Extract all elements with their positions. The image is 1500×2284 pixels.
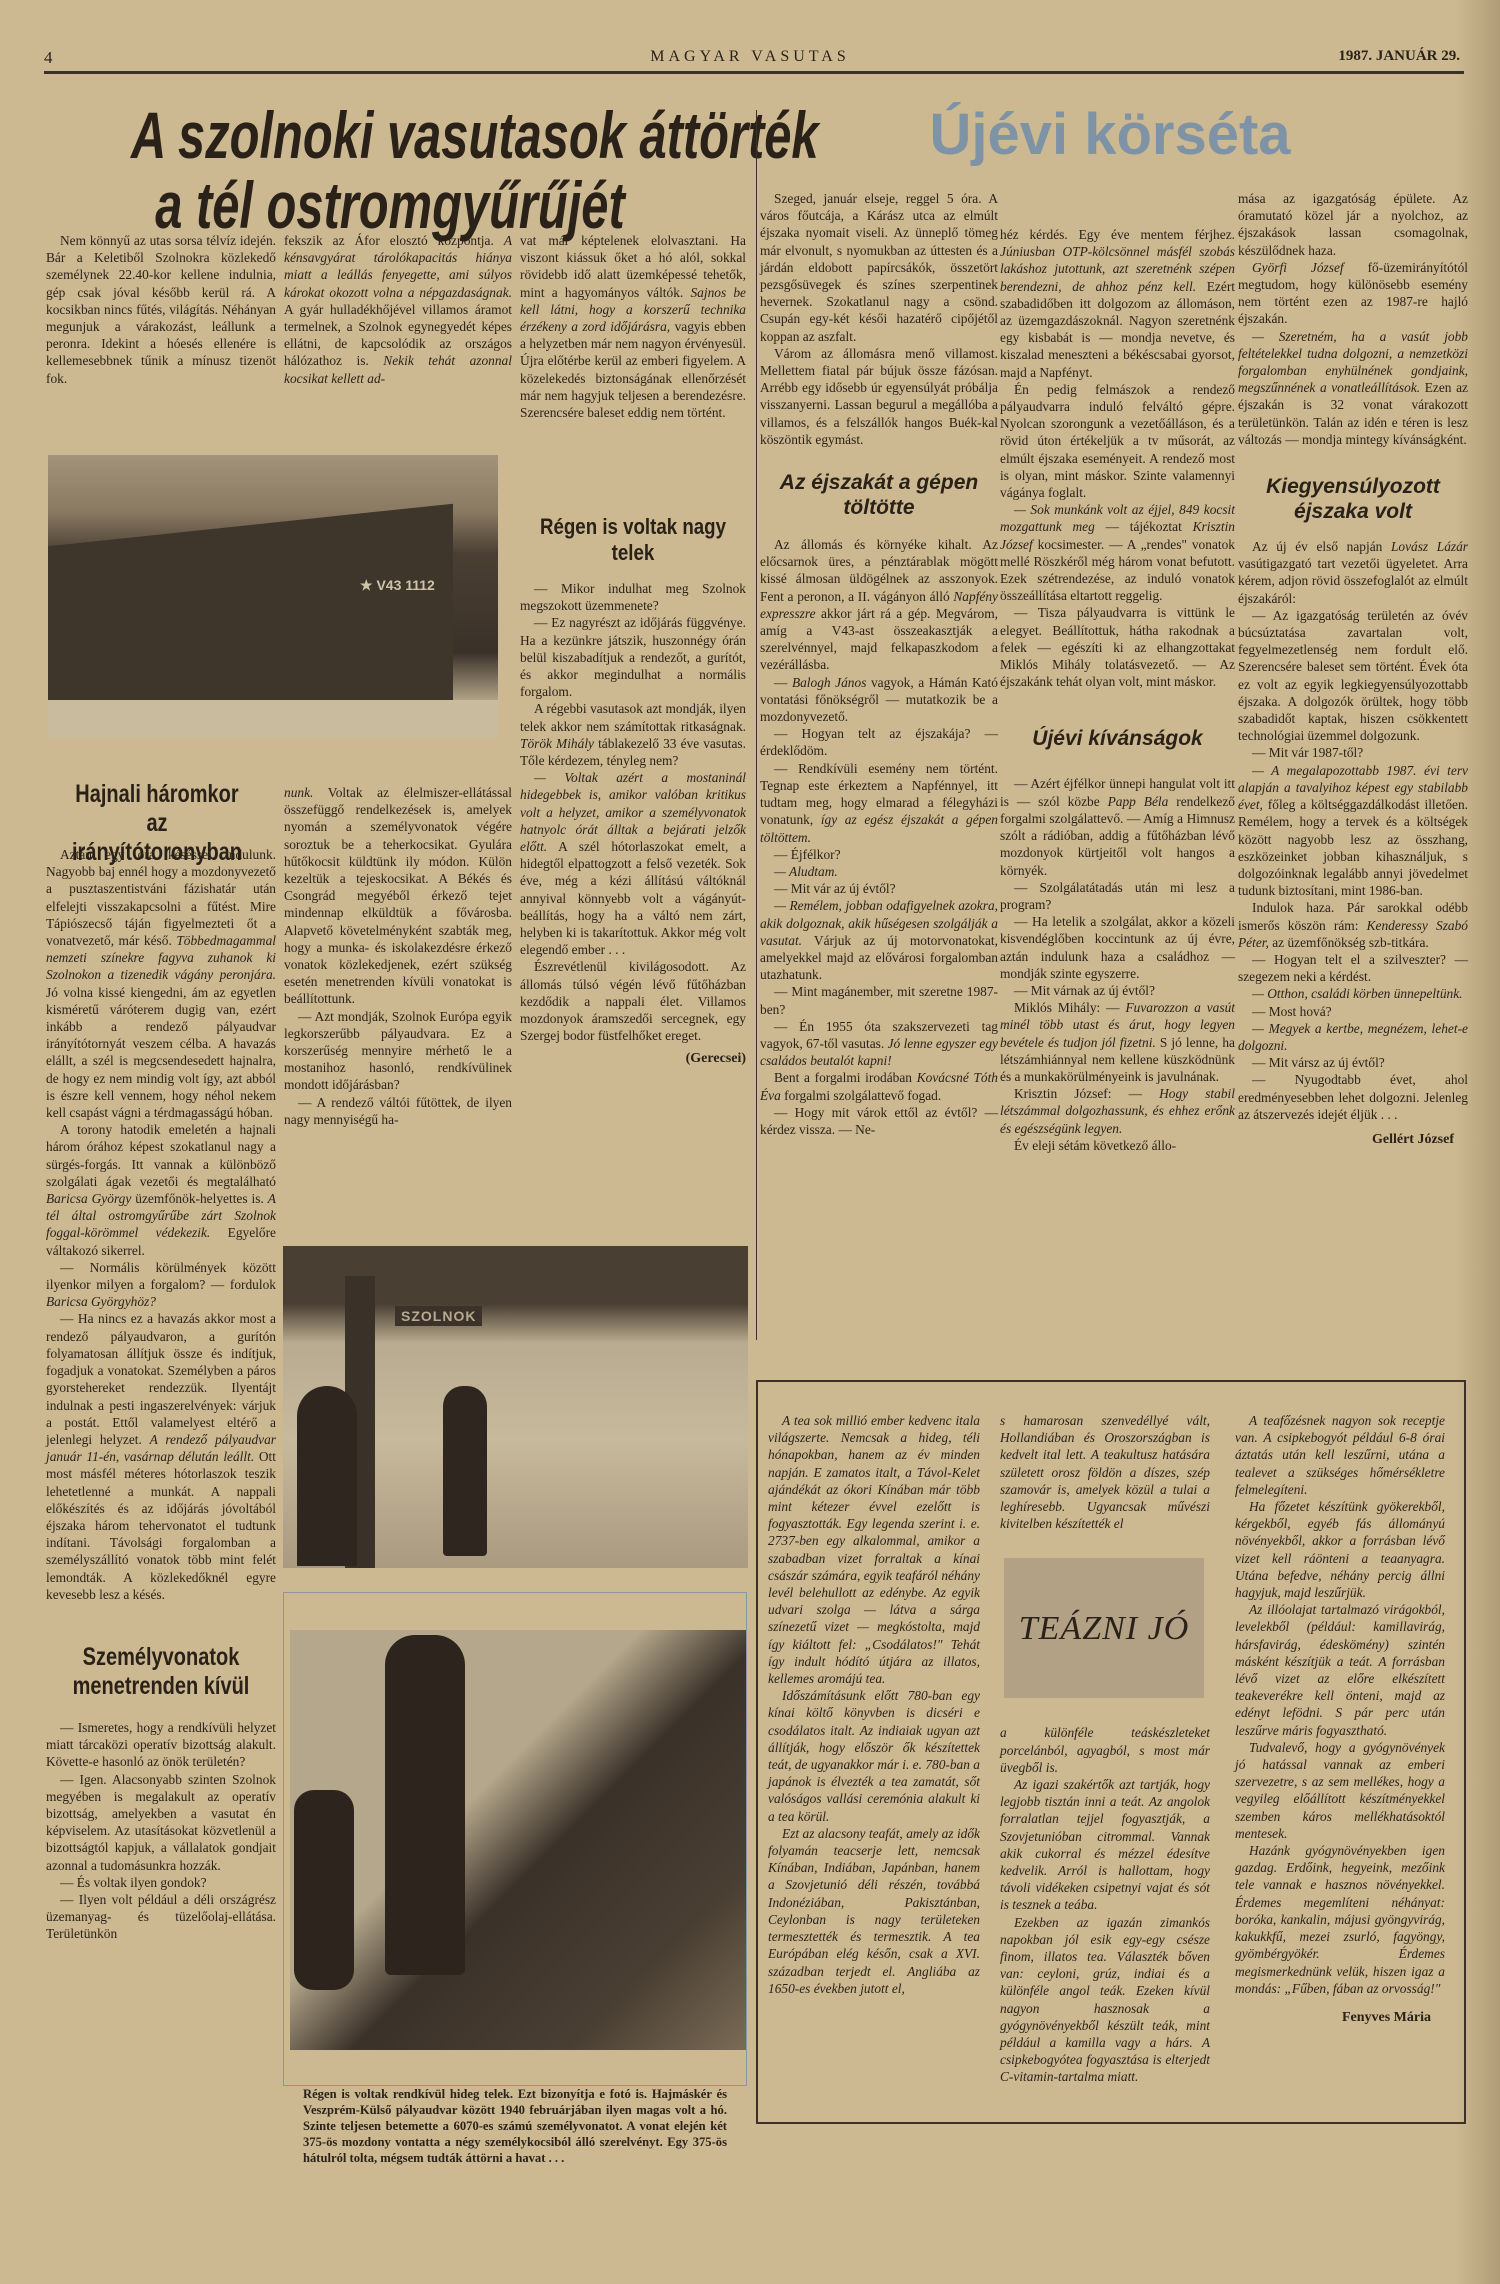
paragraph: Szeged, január elseje, reggel 5 óra. A v…: [760, 190, 998, 345]
standing-man: [385, 1635, 465, 1975]
paragraph: A teafőzésnek nagyon sok receptje van. A…: [1235, 1412, 1445, 1498]
paragraph: héz kérdés. Egy éve mentem férjhez. Júni…: [1000, 226, 1235, 381]
photo-locomotive: ★ V43 1112: [48, 455, 498, 737]
paragraph: — Szolgálatátadás után mi lesz a program…: [1000, 879, 1235, 913]
publication-name: MAGYAR VASUTAS: [0, 48, 1500, 66]
headline-line-2: a tél ostromgyűrűjét: [131, 170, 649, 240]
paragraph: — Hogy mit várok ettől az évtől? — kérde…: [760, 1104, 998, 1138]
paragraph: — Ha letelik a szolgálat, akkor a közeli…: [1000, 913, 1235, 982]
emphasis: Baricsa György: [46, 1191, 131, 1206]
paragraph: Az illóolajat tartalmazó virágokból, lev…: [1235, 1601, 1445, 1739]
photo-szolnok-platform: SZOLNOK: [283, 1246, 748, 1568]
paragraph: — Én 1955 óta szakszervezeti tag vagyok,…: [760, 1018, 998, 1070]
paragraph: — Remélem, jobban odafigyelnek azokra, a…: [760, 897, 998, 983]
paragraph: — Éjfélkor?: [760, 846, 998, 863]
person-left: [297, 1386, 357, 1566]
paragraph: — Voltak azért a mostaninál hidegebbek i…: [520, 769, 746, 958]
text: vasútigazgató tart vezetői ügyeletet. Ar…: [1238, 556, 1468, 605]
paragraph: Bent a forgalmi irodában Kovácsné Tóth É…: [760, 1069, 998, 1103]
paragraph: — Igen. Alacsonyabb szinten Szolnok megy…: [46, 1771, 276, 1874]
issue-date: 1987. JANUÁR 29.: [1338, 48, 1460, 65]
szolnok-col3: Régen is voltak nagy telek — Mikor indul…: [520, 510, 746, 1068]
paragraph: Ha főzetet készítünk gyökerekből, kérgek…: [1235, 1498, 1445, 1601]
paragraph: Krisztin József: — Hogy stabil létszámma…: [1000, 1085, 1235, 1137]
paragraph: — Mint magánember, mit szeretne 1987-ben…: [760, 983, 998, 1017]
paragraph: — Ha nincs ez a havazás akkor most a ren…: [46, 1310, 276, 1602]
paragraph: — Nyugodtabb évet, ahol eredményesebben …: [1238, 1071, 1468, 1123]
ujevi-col3: mása az igazgatóság épülete. Az óramutat…: [1238, 190, 1468, 1148]
paragraph: — És voltak ilyen gondok?: [46, 1874, 276, 1891]
subheading-szemelyvonatok: Személyvonatok menetrenden kívül: [69, 1643, 253, 1701]
paragraph: s hamarosan szenvedéllyé vált, Hollandiá…: [1000, 1412, 1210, 1532]
tea-col2: s hamarosan szenvedéllyé vált, Hollandiá…: [1000, 1412, 1210, 2086]
photo-1940-snow-train: [290, 1630, 746, 2050]
byline-fenyves: Fenyves Mária: [1235, 2009, 1445, 2026]
szolnok-col1: Aztán egy óra késéssel indulunk. Nagyobb…: [46, 846, 276, 1943]
text: — Ha nincs ez a havazás akkor most a ren…: [46, 1311, 276, 1446]
person-center: [443, 1386, 487, 1556]
paragraph: — Az igazgatóság területén az óvév búcsú…: [1238, 607, 1468, 745]
paragraph: Hazánk gyógynövényekben igen gazdag. Erd…: [1235, 1842, 1445, 1997]
paragraph: — Balogh János vagyok, a Hámán Kató vont…: [760, 674, 998, 726]
paragraph: — A rendező váltói fűtöttek, de ilyen na…: [284, 1094, 512, 1128]
paragraph: Időszámításunk előtt 780-ban egy kínai k…: [768, 1687, 980, 1825]
paragraph: nunk. Voltak az élelmiszer-ellátással ös…: [284, 784, 512, 1008]
paragraph: — Mit vár az új évtől?: [760, 880, 998, 897]
text: Miklós Mihály: —: [1014, 1000, 1125, 1015]
paragraph: mása az igazgatóság épülete. Az óramutat…: [1238, 190, 1468, 259]
paragraph: — Mit vársz az új évtől?: [1238, 1054, 1468, 1071]
text: A szél hótorlaszokat emelt, a hidegtől e…: [520, 839, 746, 957]
szolnok-col2: nunk. Voltak az élelmiszer-ellátással ös…: [284, 784, 512, 1128]
paragraph: Én pedig felmászok a rendező pályaudvarr…: [1000, 381, 1235, 501]
paragraph: — Azt mondják, Szolnok Európa egyik legk…: [284, 1008, 512, 1094]
emphasis: — Aludtam.: [774, 864, 838, 879]
paragraph: — Ismeretes, hogy a rendkívüli helyzet m…: [46, 1719, 276, 1771]
paragraph: — Azért éjfélkor ünnepi hangulat volt it…: [1000, 775, 1235, 878]
text: kocsimester. — A „rendes" vonatok mellé …: [1000, 537, 1235, 604]
text: Jó volna kissé kiengedni, ám az egyetlen…: [46, 985, 276, 1120]
paragraph: — Mit várnak az új évtől?: [1000, 982, 1235, 999]
emphasis: Török Mihály: [520, 736, 594, 751]
paragraph: Ezt az alacsony teafát, amely az idők fo…: [768, 1825, 980, 1997]
headline-line-1: A szolnoki vasutasok áttörték: [131, 100, 649, 170]
tea-title-box: TEÁZNI JÓ: [1004, 1558, 1204, 1698]
locomotive-number: ★ V43 1112: [360, 577, 435, 594]
paragraph: — Szeretném, ha a vasút jobb feltételekk…: [1238, 328, 1468, 448]
byline-gerecsei: (Gerecsei): [520, 1050, 746, 1067]
text: vagyis ebben a helyzetben már nem nagyon…: [520, 319, 746, 420]
paragraph: — Mit vár 1987-től?: [1238, 744, 1468, 761]
text: Krisztin József: —: [1014, 1086, 1159, 1101]
paragraph: — Hogyan telt el a szilveszter? — szegez…: [1238, 951, 1468, 985]
paragraph: vat már képtelenek elolvasztani. Ha visz…: [520, 232, 746, 421]
text: fekszik az Áfor elosztó központja.: [284, 233, 504, 248]
paragraph: — A megalapozottabb 1987. évi terv alapj…: [1238, 762, 1468, 900]
paragraph: Észrevétlenül kivilágosodott. Az állomás…: [520, 958, 746, 1044]
article-divider: [756, 110, 757, 1340]
text: főleg a költséggazdálkodást illetően. Re…: [1238, 797, 1468, 898]
paragraph: — Aludtam.: [760, 863, 998, 880]
paragraph: — Most hová?: [1238, 1003, 1468, 1020]
paragraph: Az állomás és környéke kihalt. Az előcsa…: [760, 536, 998, 674]
paragraph: fekszik az Áfor elosztó központja. A kén…: [284, 232, 512, 387]
text: Voltak az élelmiszer-ellátással összefüg…: [284, 785, 512, 1006]
emphasis: — Megyek a kertbe, megnézem, lehet-e dol…: [1238, 1021, 1468, 1053]
text: az üzemfőnökség szb-titkára.: [1269, 935, 1429, 950]
emphasis: Lovász Lázár: [1391, 539, 1468, 554]
text: —: [774, 675, 792, 690]
paragraph: Aztán egy óra késéssel indulunk. Nagyobb…: [46, 846, 276, 1121]
paragraph: — Ilyen volt például a déli országrész ü…: [46, 1891, 276, 1943]
text: héz kérdés. Egy éve mentem férjhez.: [1000, 227, 1235, 242]
headline-szolnok: A szolnoki vasutasok áttörték a tél ostr…: [40, 100, 740, 240]
paragraph: Várom az állomásra menő villamost. Melle…: [760, 345, 998, 448]
ujevi-col1: Szeged, január elseje, reggel 5 óra. A v…: [760, 190, 998, 1138]
subheading-kivansagok: Újévi kívánságok: [1000, 726, 1235, 751]
emphasis: nunk.: [284, 785, 313, 800]
emphasis: Györfi József: [1252, 260, 1344, 275]
szolnok-intro-col3: vat már képtelenek elolvasztani. Ha visz…: [520, 232, 746, 421]
text: Ott most másfél méteres hótorlaszok tesz…: [46, 1449, 276, 1602]
text: forgalmi szolgálattevő fogad.: [781, 1088, 941, 1103]
paragraph: — Ez nagyrészt az időjárás függvénye. Ha…: [520, 614, 746, 700]
paragraph: Györfi József fő-üzemirányítótól megtudo…: [1238, 259, 1468, 328]
szolnok-intro-col1: Nem könnyű az utas sorsa télvíz idején. …: [46, 232, 276, 387]
paragraph: — Rendkívüli esemény nem történt. Tegnap…: [760, 760, 998, 846]
subheading-regen: Régen is voltak nagy telek: [537, 514, 729, 566]
paragraph: — Normális körülmények között ilyenkor m…: [46, 1259, 276, 1311]
photo-1940-caption: Régen is voltak rendkívül hideg telek. E…: [303, 2086, 727, 2166]
emphasis: Papp Béla: [1108, 794, 1169, 809]
paragraph: Indulok haza. Pár sarokkal odébb ismerős…: [1238, 899, 1468, 951]
szolnok-intro-col2: fekszik az Áfor elosztó központja. A kén…: [284, 232, 512, 387]
subheading-kiegyensulyozott: Kiegyensúlyozott éjszaka volt: [1238, 474, 1468, 524]
text: üzemfőnök-helyettes is.: [131, 1191, 268, 1206]
paragraph: — Hogyan telt az éjszakája? — érdeklődöm…: [760, 725, 998, 759]
paragraph: A tea sok millió ember kedvenc itala vil…: [768, 1412, 980, 1687]
tea-col1: A tea sok millió ember kedvenc itala vil…: [768, 1412, 980, 1997]
subheading-ejszakat: Az éjszakát a gépen töltötte: [770, 470, 988, 520]
crouching-figure: [294, 1790, 354, 1990]
byline-gellert: Gellért József: [1238, 1131, 1468, 1148]
paragraph: A régebbi vasutasok azt mondják, ilyen t…: [520, 700, 746, 769]
paragraph: Miklós Mihály: — Fuvarozzon a vasút miné…: [1000, 999, 1235, 1085]
paragraph: a különféle teáskészleteket porcelánból,…: [1000, 1724, 1210, 1776]
paragraph: — Megyek a kertbe, megnézem, lehet-e dol…: [1238, 1020, 1468, 1054]
paragraph: Az igazi szakértők azt tartják, hogy leg…: [1000, 1776, 1210, 1914]
paragraph: Ezekben az igazán zimankós napokban jól …: [1000, 1914, 1210, 2086]
ujevi-col2: héz kérdés. Egy éve mentem férjhez. Júni…: [1000, 226, 1235, 1154]
paragraph: — Sok munkánk volt az éjjel, 849 kocsit …: [1000, 501, 1235, 604]
station-sign: SZOLNOK: [395, 1306, 482, 1326]
emphasis: — Otthon, családi körben ünnepeltünk.: [1252, 986, 1463, 1001]
masthead-rule: [44, 71, 1464, 74]
emphasis: Balogh János: [792, 675, 866, 690]
paragraph: Nem könnyű az utas sorsa télvíz idején. …: [46, 232, 276, 387]
paragraph: — Mikor indulhat meg Szolnok megszokott …: [520, 580, 746, 614]
text: — Normális körülmények között ilyenkor m…: [46, 1260, 276, 1292]
emphasis: Baricsa Györgyhöz?: [46, 1294, 156, 1309]
snow: [48, 700, 498, 737]
tea-col3: A teafőzésnek nagyon sok receptje van. A…: [1235, 1412, 1445, 2026]
paragraph: A torony hatodik emeletén a hajnali háro…: [46, 1121, 276, 1259]
paragraph: — Tisza pályaudvarra is vittünk le elegy…: [1000, 604, 1235, 690]
paragraph: Év eleji sétám következő állo-: [1000, 1137, 1235, 1154]
text: Bent a forgalmi irodában: [774, 1070, 917, 1085]
paragraph: Az új év első napján Lovász Lázár vasúti…: [1238, 538, 1468, 607]
paragraph: Tudvalevő, hogy a gyógynövények jó hatás…: [1235, 1739, 1445, 1842]
text: Az új év első napján: [1252, 539, 1391, 554]
paragraph: — Otthon, családi körben ünnepeltünk.: [1238, 985, 1468, 1002]
text: A torony hatodik emeletén a hajnali háro…: [46, 1122, 276, 1189]
headline-ujevi: Újévi körséta: [860, 102, 1360, 168]
text: A régebbi vasutasok azt mondják, ilyen t…: [520, 701, 746, 733]
text: — tájékoztat: [1095, 519, 1193, 534]
